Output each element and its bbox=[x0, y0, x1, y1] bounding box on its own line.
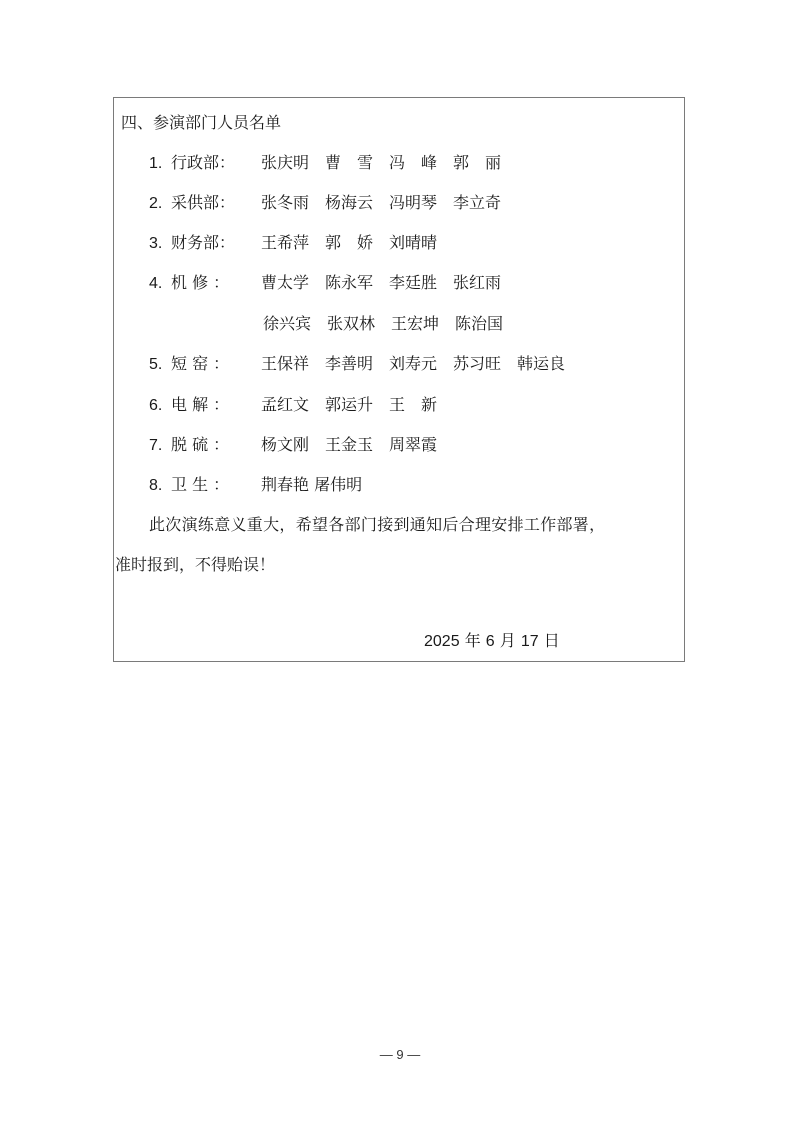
department-name: 卫 生 ： bbox=[171, 475, 261, 495]
department-name: 机 修 ： bbox=[171, 273, 261, 293]
department-name: 采供部： bbox=[171, 193, 261, 213]
department-row: 1.行政部：张庆明 曹 雪 冯 峰 郭 丽 bbox=[149, 153, 501, 174]
member-names: 荆春艳 屠伟明 bbox=[261, 475, 362, 494]
document-date: 2025 年 6 月 17 日 bbox=[424, 631, 560, 652]
department-name: 电 解 ： bbox=[171, 395, 261, 415]
department-row: 5.短 窑 ：王保祥 李善明 刘寿元 苏习旺 韩运良 bbox=[149, 354, 565, 375]
closing-paragraph-line2: 准时报到，不得贻误！ bbox=[115, 555, 275, 575]
item-number: 1. bbox=[149, 154, 171, 174]
member-names: 孟红文 郭运升 王 新 bbox=[261, 395, 437, 414]
member-names: 王希萍 郭 娇 刘晴晴 bbox=[261, 233, 437, 252]
date-day: 17 bbox=[521, 633, 539, 650]
department-row: 7.脱 硫 ：杨文刚 王金玉 周翠霞 bbox=[149, 435, 437, 456]
item-number: 2. bbox=[149, 194, 171, 214]
item-number: 8. bbox=[149, 476, 171, 496]
member-names: 王保祥 李善明 刘寿元 苏习旺 韩运良 bbox=[261, 354, 565, 373]
document-frame: 四、参演部门人员名单 1.行政部：张庆明 曹 雪 冯 峰 郭 丽 2.采供部：张… bbox=[113, 97, 685, 662]
date-year: 2025 bbox=[424, 633, 460, 650]
section-heading: 四、参演部门人员名单 bbox=[121, 113, 281, 133]
item-number: 6. bbox=[149, 396, 171, 416]
item-number: 7. bbox=[149, 436, 171, 456]
member-names: 曹太学 陈永军 李廷胜 张红雨 bbox=[261, 273, 501, 292]
date-month: 6 bbox=[486, 633, 495, 650]
department-row: 3.财务部：王希萍 郭 娇 刘晴晴 bbox=[149, 233, 437, 254]
member-names: 杨文刚 王金玉 周翠霞 bbox=[261, 435, 437, 454]
closing-paragraph-line1: 此次演练意义重大，希望各部门接到通知后合理安排工作部署， bbox=[149, 515, 605, 535]
date-month-unit: 月 bbox=[500, 631, 516, 650]
item-number: 3. bbox=[149, 234, 171, 254]
page-number: — 9 — bbox=[0, 1047, 800, 1062]
department-row: 6.电 解 ：孟红文 郭运升 王 新 bbox=[149, 395, 437, 416]
date-day-unit: 日 bbox=[544, 631, 560, 650]
department-row-continuation: 徐兴宾 张双林 王宏坤 陈治国 bbox=[263, 314, 503, 334]
member-names: 张庆明 曹 雪 冯 峰 郭 丽 bbox=[261, 153, 501, 172]
department-name: 行政部： bbox=[171, 153, 261, 173]
member-names: 徐兴宾 张双林 王宏坤 陈治国 bbox=[263, 314, 503, 333]
item-number: 5. bbox=[149, 355, 171, 375]
department-name: 短 窑 ： bbox=[171, 354, 261, 374]
department-row: 8.卫 生 ：荆春艳 屠伟明 bbox=[149, 475, 362, 496]
department-row: 4.机 修 ：曹太学 陈永军 李廷胜 张红雨 bbox=[149, 273, 501, 294]
department-name: 脱 硫 ： bbox=[171, 435, 261, 455]
member-names: 张冬雨 杨海云 冯明琴 李立奇 bbox=[261, 193, 501, 212]
item-number: 4. bbox=[149, 274, 171, 294]
date-year-unit: 年 bbox=[465, 631, 481, 650]
department-name: 财务部： bbox=[171, 233, 261, 253]
department-row: 2.采供部：张冬雨 杨海云 冯明琴 李立奇 bbox=[149, 193, 501, 214]
